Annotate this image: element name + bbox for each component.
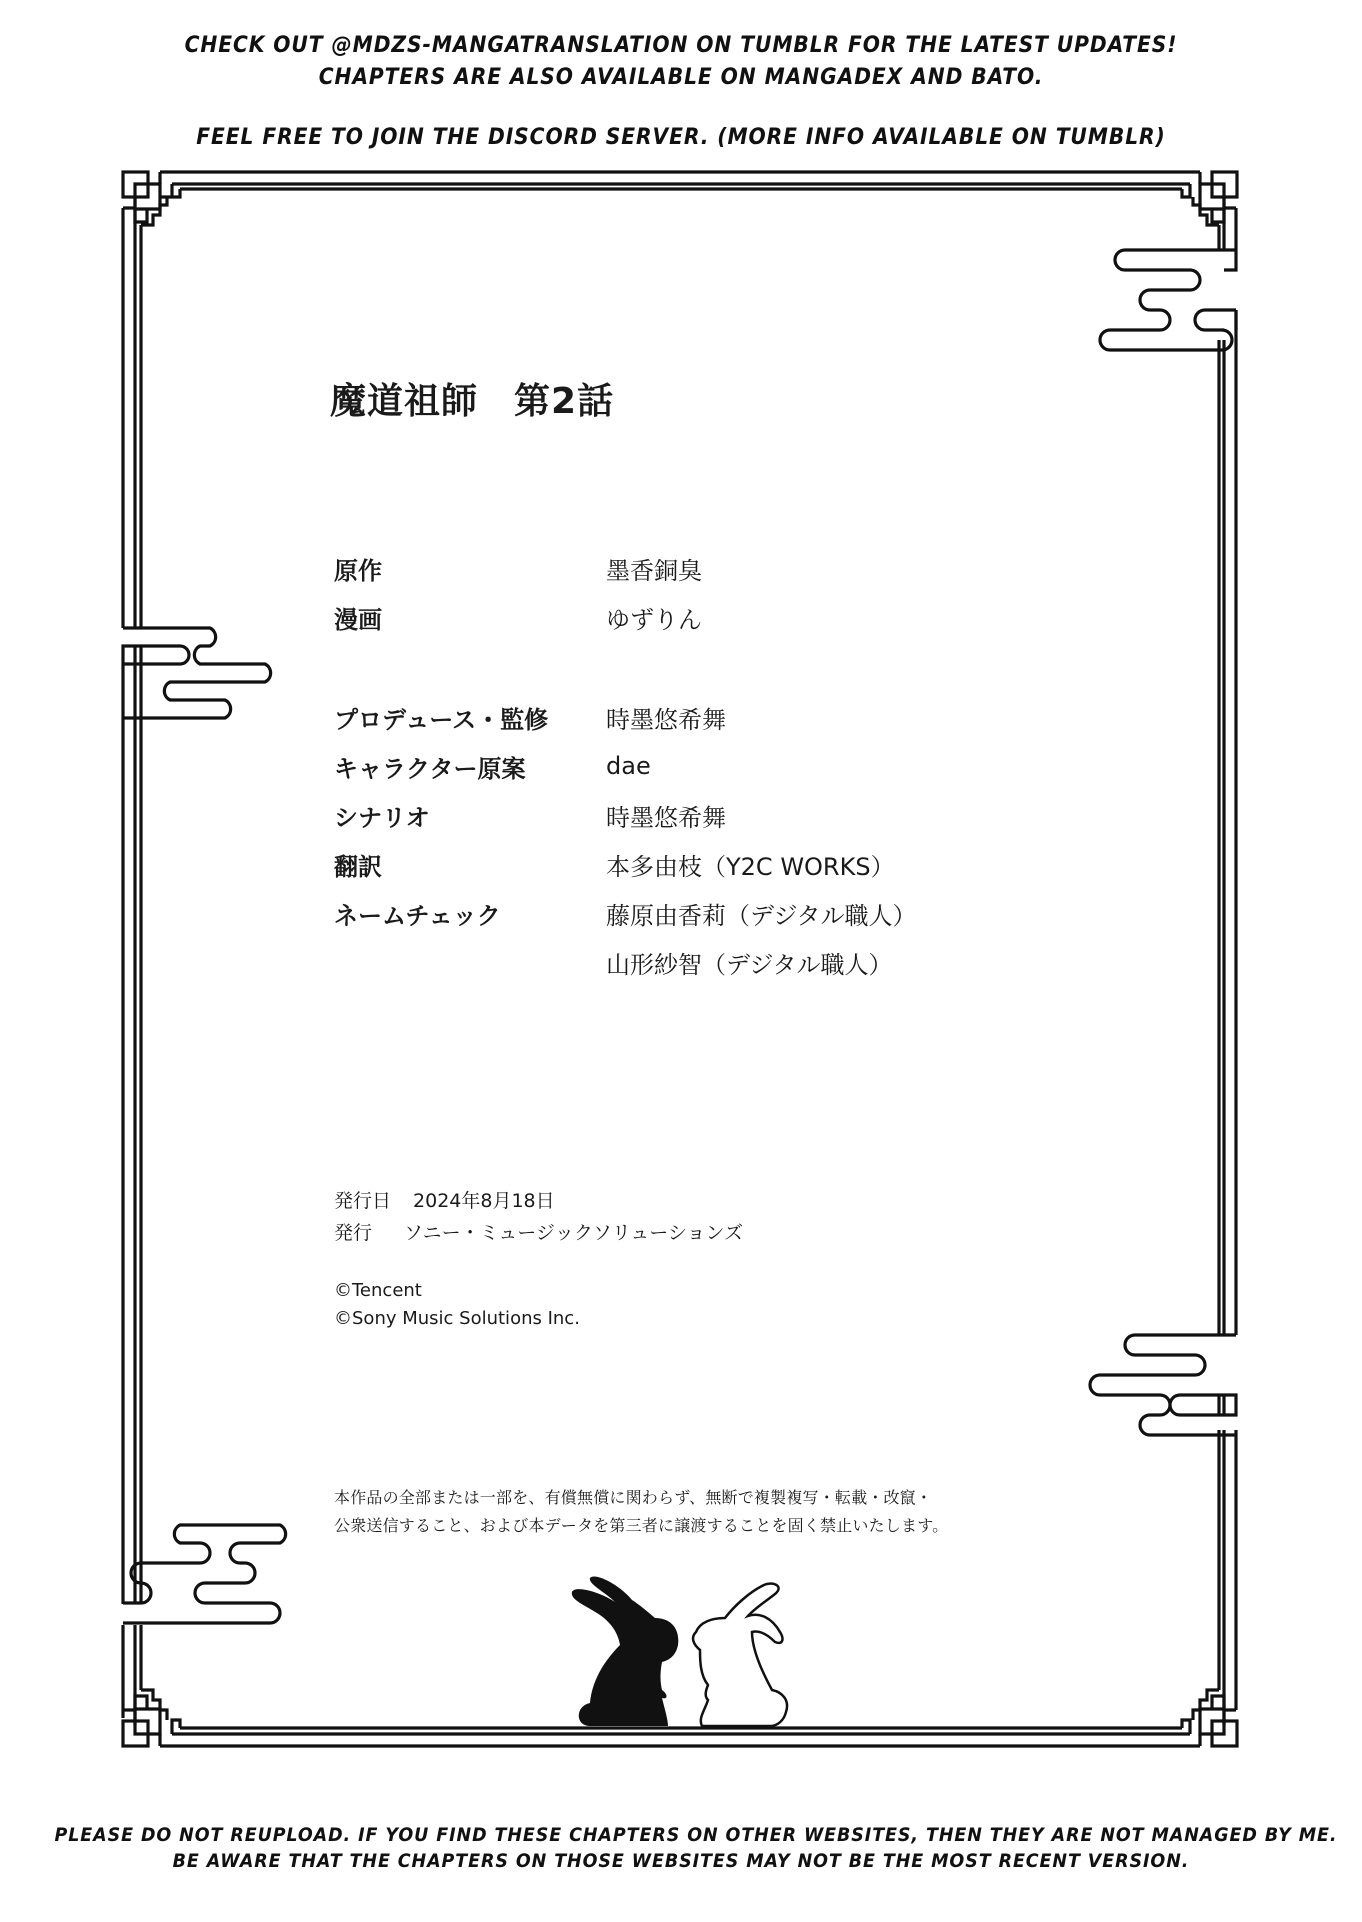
credit-value: dae xyxy=(606,752,651,780)
rabbits-illustration xyxy=(572,1577,787,1726)
credit-value: 時墨悠希舞 xyxy=(606,700,726,735)
credit-row-name-check-2: 山形紗智（デジタル職人） xyxy=(334,942,893,982)
credit-value: 本多由枝（Y2C WORKS） xyxy=(606,847,895,882)
publication-date-label: 発行日 xyxy=(334,1190,391,1212)
banner-bottom-line-1: Please do not reupload. If you find thes… xyxy=(54,1822,1307,1848)
credit-row-translation: 翻訳 本多由枝（Y2C WORKS） xyxy=(334,844,895,884)
credit-label: 原作 xyxy=(334,551,606,586)
credit-row-name-check: ネームチェック 藤原由香莉（デジタル職人） xyxy=(334,893,917,933)
credit-value: 墨香銅臭 xyxy=(606,551,702,586)
credit-row-scenario: シナリオ 時墨悠希舞 xyxy=(334,795,726,835)
publication-date-value: 2024年8月18日 xyxy=(413,1190,555,1212)
credit-label: シナリオ xyxy=(334,798,606,833)
credit-value: 山形紗智（デジタル職人） xyxy=(606,945,893,980)
publication-date: 発行日2024年8月18日 xyxy=(334,1186,555,1213)
copyright-tencent: ©Tencent xyxy=(334,1280,422,1301)
series-title: 魔道祖師 xyxy=(330,381,478,422)
scanlation-banner-bottom: Please do not reupload. If you find thes… xyxy=(54,1822,1307,1874)
colophon-title: 魔道祖師第2話 xyxy=(330,373,614,424)
credit-row-manga: 漫画 ゆずりん xyxy=(334,597,702,637)
credit-value: 時墨悠希舞 xyxy=(606,798,726,833)
chapter-title: 第2話 xyxy=(514,381,614,422)
legal-notice-line-2: 公衆送信すること、および本データを第三者に譲渡することを固く禁止いたします。 xyxy=(334,1513,948,1536)
credit-label: 翻訳 xyxy=(334,847,606,882)
legal-notice-line-1: 本作品の全部または一部を、有償無償に関わらず、無断で複製複写・転載・改竄・ xyxy=(334,1485,932,1508)
credit-row-producer: プロデュース・監修 時墨悠希舞 xyxy=(334,697,726,737)
publisher-label: 発行 xyxy=(334,1222,372,1244)
credit-label: プロデュース・監修 xyxy=(334,700,606,735)
credit-label: キャラクター原案 xyxy=(334,749,606,784)
credit-value: 藤原由香莉（デジタル職人） xyxy=(606,896,917,931)
credit-label: 漫画 xyxy=(334,600,606,635)
credit-label: ネームチェック xyxy=(334,896,606,931)
copyright-sony: ©Sony Music Solutions Inc. xyxy=(334,1308,580,1329)
credit-value: ゆずりん xyxy=(606,600,702,635)
publisher-value: ソニー・ミュージックソリューションズ xyxy=(404,1222,743,1244)
banner-bottom-line-2: Be aware that the chapters on those webs… xyxy=(54,1848,1307,1874)
credit-row-character-design: キャラクター原案 dae xyxy=(334,746,651,786)
publisher: 発行ソニー・ミュージックソリューションズ xyxy=(334,1218,743,1245)
credit-row-original-work: 原作 墨香銅臭 xyxy=(334,548,702,588)
